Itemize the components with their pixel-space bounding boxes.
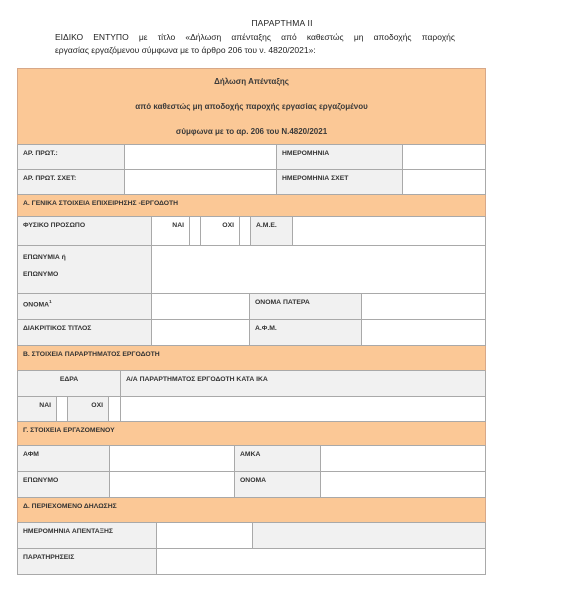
intro-line-2: εργασίας εργαζόμενου σύμφωνα με το άρθρο… — [55, 44, 455, 57]
withdrawal-date-label: ΗΜΕΡΟΜΗΝΙΑ ΑΠΕΝΤΑΞΗΣ — [18, 523, 157, 548]
natural-person-no-label: ΟΧΙ — [201, 217, 240, 245]
seat-yes-checkbox[interactable] — [57, 397, 68, 421]
remarks-row: ΠΑΡΑΤΗΡΗΣΕΙΣ — [17, 549, 486, 575]
declaration-form: Δήλωση Απένταξης από καθεστώς μη αποδοχή… — [17, 68, 486, 575]
form-header: Δήλωση Απένταξης από καθεστώς μη αποδοχή… — [17, 68, 486, 145]
seat-options-row: ΝΑΙ ΟΧΙ — [17, 397, 486, 422]
form-header-subtitle: από καθεστώς μη αποδοχής παροχής εργασία… — [18, 94, 485, 119]
employee-name-label: ΟΝΟΜΑ — [235, 472, 321, 497]
first-name-field[interactable] — [152, 294, 250, 319]
section-d-title: Δ. ΠΕΡΙΕΧΟΜΕΝΟ ΔΗΛΩΣΗΣ — [17, 498, 486, 523]
seat-no-label: ΟΧΙ — [68, 397, 109, 421]
employee-afm-field[interactable] — [110, 446, 235, 471]
trade-name-label: ΔΙΑΚΡΙΤΙΚΟΣ ΤΙΤΛΟΣ — [18, 320, 152, 345]
form-header-legal-basis: σύμφωνα με το αρ. 206 του Ν.4820/2021 — [18, 119, 485, 144]
seat-label: ΕΔΡΑ — [18, 371, 121, 396]
ame-label: Α.Μ.Ε. — [251, 217, 293, 245]
natural-person-yes-label: ΝΑΙ — [152, 217, 190, 245]
natural-person-no-checkbox[interactable] — [240, 217, 251, 245]
company-name-label-line2: ΕΠΩΝΥΜΟ — [23, 266, 146, 283]
remarks-field[interactable] — [157, 549, 485, 574]
section-a-title: Α. ΓΕΝΙΚΑ ΣΤΟΙΧΕΙΑ ΕΠΙΧΕΙΡΗΣΗΣ -ΕΡΓΟΔΟΤΗ — [17, 195, 486, 217]
father-name-label: ΟΝΟΜΑ ΠΑΤΕΡΑ — [250, 294, 362, 319]
amka-field[interactable] — [321, 446, 485, 471]
protocol-no-label: ΑΡ. ΠΡΩΤ.: — [18, 145, 125, 169]
protocol-row: ΑΡ. ΠΡΩΤ.: ΗΜΕΡΟΜΗΝΙΑ — [17, 145, 486, 170]
employee-surname-label: ΕΠΩΝΥΜΟ — [18, 472, 110, 497]
section-c-title: Γ. ΣΤΟΙΧΕΙΑ ΕΡΓΑΖΟΜΕΝΟΥ — [17, 422, 486, 446]
natural-person-label: ΦΥΣΙΚΟ ΠΡΟΣΩΠΟ — [18, 217, 152, 245]
related-protocol-no-field[interactable] — [125, 170, 277, 194]
branch-no-field[interactable] — [121, 397, 485, 421]
father-name-field[interactable] — [362, 294, 485, 319]
natural-person-yes-checkbox[interactable] — [190, 217, 201, 245]
employee-surname-field[interactable] — [110, 472, 235, 497]
company-name-field[interactable] — [152, 246, 485, 293]
first-name-label: ΟΝΟΜΑ1 — [18, 294, 152, 319]
seat-row: ΕΔΡΑ Α/Α ΠΑΡΑΡΤΗΜΑΤΟΣ ΕΡΓΟΔΟΤΗ ΚΑΤΑ ΙΚΑ — [17, 371, 486, 397]
first-name-label-text: ΟΝΟΜΑ — [23, 301, 49, 308]
intro-text: ΕΙΔΙΚΟ ΕΝΤΥΠΟ με τίτλο «Δήλωση απένταξης… — [55, 31, 455, 57]
employer-afm-label: Α.Φ.Μ. — [250, 320, 362, 345]
related-protocol-row: ΑΡ. ΠΡΩΤ. ΣΧΕΤ: ΗΜΕΡΟΜΗΝΙΑ ΣΧΕΤ — [17, 170, 486, 195]
employee-afm-label: ΑΦΜ — [18, 446, 110, 471]
related-date-field[interactable] — [403, 170, 485, 194]
withdrawal-date-field[interactable] — [157, 523, 253, 548]
employer-afm-field[interactable] — [362, 320, 485, 345]
employee-name-row: ΕΠΩΝΥΜΟ ΟΝΟΜΑ — [17, 472, 486, 498]
date-label: ΗΜΕΡΟΜΗΝΙΑ — [277, 145, 403, 169]
footnote-marker: 1 — [49, 299, 52, 304]
related-protocol-no-label: ΑΡ. ΠΡΩΤ. ΣΧΕΤ: — [18, 170, 125, 194]
trade-name-field[interactable] — [152, 320, 250, 345]
company-name-label: ΕΠΩΝΥΜΙΑ ή ΕΠΩΝΥΜΟ — [18, 246, 152, 293]
amka-label: ΑΜΚΑ — [235, 446, 321, 471]
intro-line-1: ΕΙΔΙΚΟ ΕΝΤΥΠΟ με τίτλο «Δήλωση απένταξης… — [55, 31, 455, 44]
seat-no-checkbox[interactable] — [109, 397, 121, 421]
form-header-title: Δήλωση Απένταξης — [18, 69, 485, 94]
ame-field[interactable] — [293, 217, 485, 245]
company-name-label-line1: ΕΠΩΝΥΜΙΑ ή — [23, 249, 146, 266]
protocol-no-field[interactable] — [125, 145, 277, 169]
related-date-label: ΗΜΕΡΟΜΗΝΙΑ ΣΧΕΤ — [277, 170, 403, 194]
remarks-label: ΠΑΡΑΤΗΡΗΣΕΙΣ — [18, 549, 157, 574]
natural-person-row: ΦΥΣΙΚΟ ΠΡΟΣΩΠΟ ΝΑΙ ΟΧΙ Α.Μ.Ε. — [17, 217, 486, 246]
first-name-row: ΟΝΟΜΑ1 ΟΝΟΜΑ ΠΑΤΕΡΑ — [17, 294, 486, 320]
company-name-row: ΕΠΩΝΥΜΙΑ ή ΕΠΩΝΥΜΟ — [17, 246, 486, 294]
section-b-title: Β. ΣΤΟΙΧΕΙΑ ΠΑΡΑΡΤΗΜΑΤΟΣ ΕΡΓΟΔΟΤΗ — [17, 346, 486, 371]
branch-no-label: Α/Α ΠΑΡΑΡΤΗΜΑΤΟΣ ΕΡΓΟΔΟΤΗ ΚΑΤΑ ΙΚΑ — [121, 371, 485, 396]
annex-title: ΠΑΡΑΡΤΗΜΑ ΙΙ — [0, 18, 564, 28]
withdrawal-date-spacer — [253, 523, 485, 548]
employee-name-field[interactable] — [321, 472, 485, 497]
employee-afm-row: ΑΦΜ ΑΜΚΑ — [17, 446, 486, 472]
withdrawal-date-row: ΗΜΕΡΟΜΗΝΙΑ ΑΠΕΝΤΑΞΗΣ — [17, 523, 486, 549]
trade-name-row: ΔΙΑΚΡΙΤΙΚΟΣ ΤΙΤΛΟΣ Α.Φ.Μ. — [17, 320, 486, 346]
date-field[interactable] — [403, 145, 485, 169]
seat-yes-label: ΝΑΙ — [18, 397, 57, 421]
